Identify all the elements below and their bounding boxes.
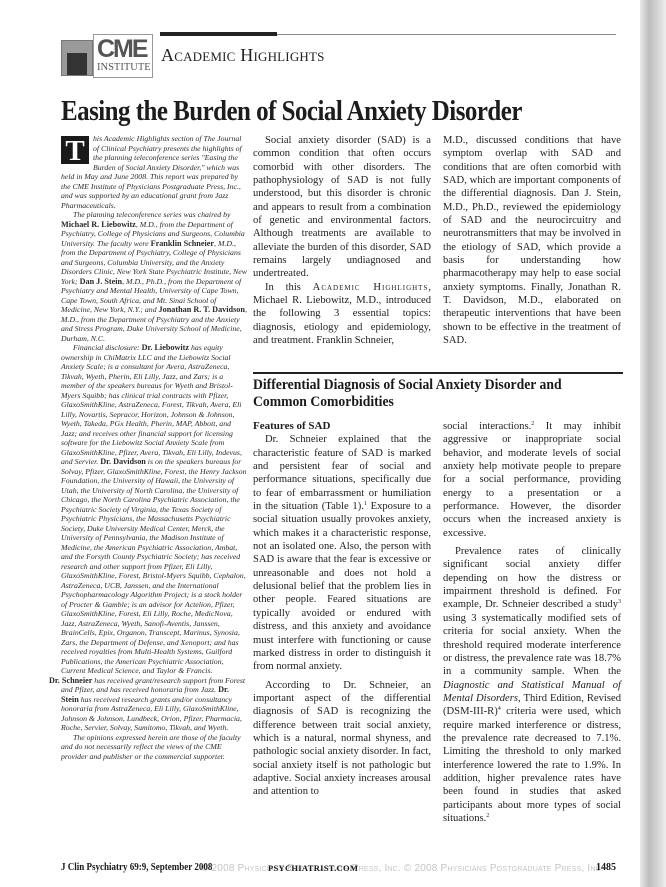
copyright-watermark: © 2008 Physicians Postgraduate Press, In…	[201, 863, 604, 874]
section-rule	[253, 372, 623, 374]
logo-subtext: INSTITUTE	[97, 62, 151, 73]
faculty-name: Jonathan R. T. Davidson	[159, 305, 245, 314]
intro-paragraph: Social anxiety disorder (SAD) is a commo…	[253, 134, 431, 281]
body-paragraph: Dr. Schneier explained that the characte…	[253, 433, 431, 673]
masthead: CME INSTITUTE Academic Highlights	[61, 32, 616, 78]
masthead-rule-thick	[160, 32, 277, 36]
sidebar-intro: This Academic Highlights section of The …	[61, 134, 248, 761]
intro-column-1: Social anxiety disorder (SAD) is a commo…	[253, 134, 431, 348]
page-number: 1485	[596, 862, 616, 873]
website-link[interactable]: PSYCHIATRIST.COM	[268, 863, 358, 873]
faculty-paragraph: The planning teleconference series was c…	[61, 210, 248, 343]
section-column-1: Features of SAD Dr. Schneier explained t…	[253, 420, 431, 799]
faculty-name: Dan J. Stein	[80, 277, 123, 286]
article-title: Easing the Burden of Social Anxiety Diso…	[61, 95, 522, 128]
drop-cap: T	[61, 136, 89, 164]
subsection-heading: Features of SAD	[253, 420, 431, 433]
intro-column-2: M.D., discussed conditions that have sym…	[443, 134, 621, 348]
intro-paragraph: In this Academic Highlights, Michael R. …	[253, 281, 431, 348]
body-paragraph: According to Dr. Schneier, an important …	[253, 679, 431, 799]
logo-square-icon	[61, 40, 93, 76]
section-column-2: social interactions.2 It may inhibit agg…	[443, 420, 621, 825]
faculty-name: Franklin Schneier	[151, 239, 214, 248]
masthead-rule-thin	[277, 34, 616, 35]
opinions-paragraph: The opinions expressed herein are those …	[61, 733, 248, 762]
body-paragraph: Prevalence rates of clinically significa…	[443, 545, 621, 825]
page-footer: © 2008 Physicians Postgraduate Press, In…	[61, 862, 621, 876]
page-edge-shadow	[640, 0, 666, 887]
section-title: Differential Diagnosis of Social Anxiety…	[253, 376, 595, 410]
cme-institute-logo: CME INSTITUTE	[61, 34, 153, 78]
chair-name: Michael R. Liebowitz	[61, 220, 136, 229]
journal-citation: J Clin Psychiatry 69:9, September 2008	[61, 862, 212, 873]
series-label: Academic Highlights	[161, 45, 325, 66]
intro-paragraph: M.D., discussed conditions that have sym…	[443, 134, 621, 348]
disclosure-paragraph: Financial disclosure: Dr. Liebowitz has …	[61, 343, 248, 733]
body-paragraph: social interactions.2 It may inhibit agg…	[443, 420, 621, 540]
logo-text: CME	[97, 35, 147, 63]
